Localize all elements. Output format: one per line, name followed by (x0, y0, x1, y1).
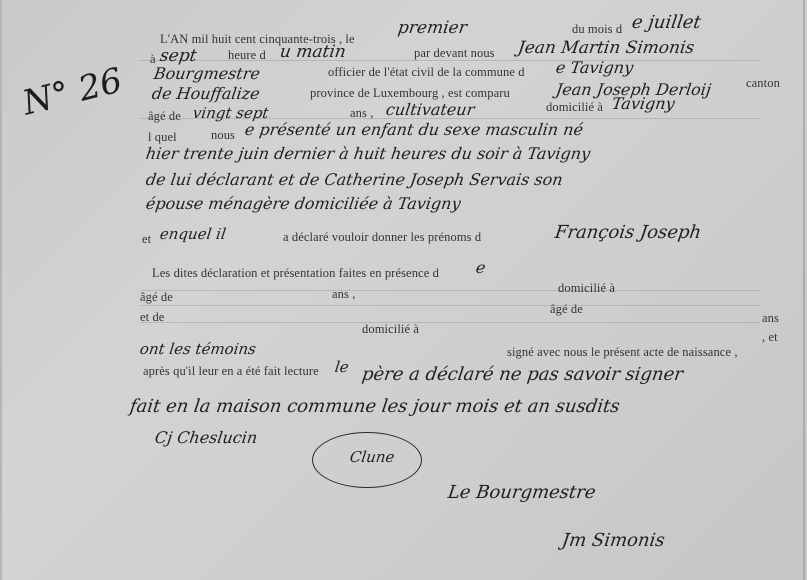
handwritten-parents: de lui déclarant et de Catherine Joseph … (145, 170, 564, 189)
printed-witness2-ans: ans (762, 311, 779, 326)
printed-month-label: du mois d (572, 22, 622, 37)
printed-officer-line: officier de l'état civil de la commune d (328, 65, 525, 80)
signature-right-name: Jm Simonis (561, 530, 667, 551)
printed-witness1-age: âgé de (140, 290, 173, 305)
handwritten-residence: Tavigny (611, 94, 676, 113)
printed-hour-label: heure d (228, 48, 266, 63)
handwritten-commune: e Tavigny (555, 58, 635, 77)
handwritten-officer-title: Bourgmestre (153, 64, 262, 83)
printed-age-label: âgé de (148, 109, 181, 124)
signature-right-title: Le Bourgmestre (447, 482, 598, 503)
printed-signed-line: signé avec nous le présent acte de naiss… (507, 345, 738, 360)
printed-witness2-et-de: et de (140, 310, 164, 325)
handwritten-closing-line: fait en la maison commune les jour mois … (129, 396, 622, 417)
civil-registry-birth-record: N° 26 L'AN mil huit cent cinquante-trois… (0, 0, 807, 580)
handwritten-given-names: François Joseph (554, 222, 703, 243)
handwritten-lecture-le: le (334, 358, 350, 376)
signature-seal-name: Clune (349, 448, 396, 466)
printed-et-comma: , et (762, 330, 778, 345)
printed-prenoms-line: a déclaré vouloir donner les prénoms d (283, 230, 481, 245)
handwritten-officer-name: Jean Martin Simonis (517, 38, 696, 58)
printed-witness2-age: âgé de (550, 302, 583, 317)
page-right-edge (803, 0, 805, 580)
handwritten-witness-mark: e (475, 258, 487, 277)
handwritten-auquel: enquel il (159, 225, 227, 243)
handwritten-day: premier (397, 18, 469, 38)
printed-nous: nous (211, 128, 235, 143)
signature-left: Cj Cheslucin (154, 428, 259, 447)
page-left-edge (0, 0, 2, 580)
printed-par-devant-nous: par devant nous (414, 46, 495, 61)
printed-domicile-label: domicilié à (546, 100, 603, 115)
handwritten-father-cannot-sign: père a déclaré ne pas savoir signer (361, 364, 685, 385)
handwritten-month: e juillet (631, 12, 703, 33)
ruled-line (140, 322, 760, 323)
printed-et: et (142, 232, 151, 247)
handwritten-canton: de Houffalize (151, 84, 261, 103)
printed-ans: ans , (350, 106, 373, 121)
handwritten-mother-residence: épouse ménagère domiciliée à Tavigny (145, 194, 462, 213)
printed-witness1-domicile: domicilié à (558, 281, 615, 296)
ruled-line (140, 305, 760, 306)
printed-province-line: province de Luxembourg , est comparu (310, 86, 510, 101)
printed-witness-intro: Les dites déclaration et présentation fa… (152, 266, 439, 281)
handwritten-presentation: e présenté un enfant du sexe masculin né (244, 120, 585, 139)
handwritten-occupation: cultivateur (385, 100, 476, 119)
printed-witness1-ans: ans , (332, 287, 355, 302)
printed-lequel: l quel (148, 130, 177, 145)
printed-after-reading: après qu'il leur en a été fait lecture (143, 364, 319, 379)
printed-witness2-domicile: domicilié à (362, 322, 419, 337)
entry-number: N° 26 (19, 60, 127, 123)
handwritten-birth-date: hier trente juin dernier à huit heures d… (145, 144, 592, 163)
handwritten-hour-part: u matin (279, 42, 348, 62)
ruled-line (140, 290, 760, 291)
handwritten-hour: sept (159, 46, 198, 66)
printed-canton-label: canton (746, 76, 780, 91)
handwritten-ont-les-temoins: ont les témoins (139, 340, 257, 358)
